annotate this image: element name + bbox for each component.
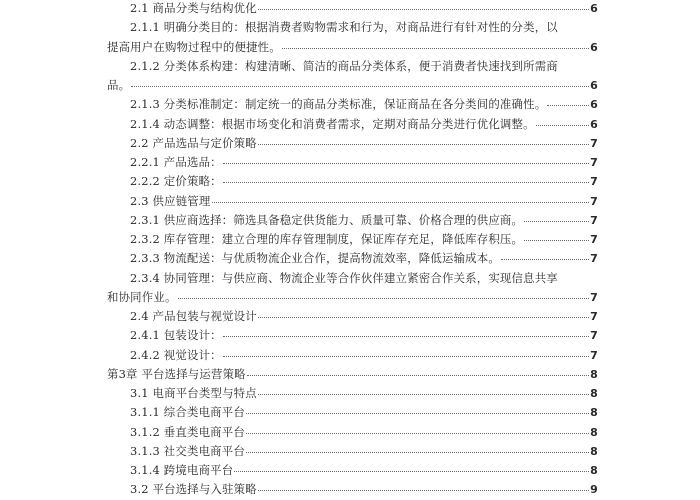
toc-section-entry[interactable]: 2.4 产品包装与视觉设计7 [107, 307, 598, 326]
dot-leader [258, 394, 589, 395]
toc-entry-title: 3.1 电商平台类型与特点 [130, 384, 257, 403]
dot-leader [223, 163, 589, 164]
dot-leader [247, 375, 589, 376]
toc-entry-title: 2.4.2 视觉设计： [130, 346, 222, 365]
toc-entry-title: 2.1.1 明确分类目的：根据消费者购物需求和行为，对商品进行有针对性的分类，以 [130, 18, 598, 37]
dot-leader [501, 259, 589, 260]
toc-entry-title: 2.3.2 库存管理：建立合理的库存管理制度，保证库存充足，降低库存积压。 [130, 230, 523, 249]
toc-section-entry[interactable]: 2.1.3 分类标准制定：制定统一的商品分类标准，保证商品在各分类间的准确性。6 [107, 95, 598, 114]
toc-entry-title: 2.2 产品选品与定价策略 [130, 134, 257, 153]
toc-entry-title: 2.1.2 分类体系构建：构建清晰、简洁的商品分类体系，便于消费者快速找到所需商 [130, 57, 598, 76]
toc-section-entry[interactable]: 2.2 产品选品与定价策略7 [107, 134, 598, 153]
toc-page-number: 7 [590, 153, 598, 172]
toc-entry-title: 2.3.3 物流配送：与优质物流企业合作，提高物流效率，降低运输成本。 [130, 249, 500, 268]
toc-entry-title: 2.1.4 动态调整：根据市场变化和消费者需求，定期对商品分类进行优化调整。 [130, 115, 535, 134]
toc-entry-title: 3.1.3 社交类电商平台 [130, 442, 245, 461]
toc-page-number: 8 [590, 384, 598, 403]
dot-leader [223, 182, 589, 183]
toc-entry-title: 第3章 平台选择与运营策略 [107, 365, 246, 384]
toc-entry-title: 2.3 供应链管理 [130, 192, 211, 211]
toc-entry-title-continued: 提高用户在购物过程中的便捷性。 [107, 38, 281, 57]
document-page: 2.1 商品分类与结构优化62.1.1 明确分类目的：根据消费者购物需求和行为，… [0, 0, 700, 470]
toc-section-entry[interactable]: 2.1.1 明确分类目的：根据消费者购物需求和行为，对商品进行有针对性的分类，以… [107, 18, 598, 57]
toc-entry-title: 3.1.1 综合类电商平台 [130, 403, 245, 422]
toc-entry-title: 3.1.2 垂直类电商平台 [130, 423, 245, 442]
toc-page-number: 8 [590, 423, 598, 442]
toc-entry-title: 2.2.1 产品选品： [130, 153, 222, 172]
toc-section-entry[interactable]: 2.4.2 视觉设计：7 [107, 346, 598, 365]
toc-page-number: 6 [590, 76, 598, 95]
toc-section-entry[interactable]: 2.3 供应链管理7 [107, 192, 598, 211]
toc-section-entry[interactable]: 2.1 商品分类与结构优化6 [107, 0, 598, 18]
toc-page-number: 7 [590, 249, 598, 268]
toc-entry-title: 2.3.4 协同管理：与供应商、物流企业等合作伙伴建立紧密合作关系，实现信息共享 [130, 269, 598, 288]
toc-page-number: 7 [590, 307, 598, 326]
toc-entry-title-continued: 品。 [107, 76, 130, 95]
toc-entry-title: 2.1.3 分类标准制定：制定统一的商品分类标准，保证商品在各分类间的准确性。 [130, 95, 546, 114]
toc-page-number: 6 [590, 95, 598, 114]
toc-section-entry[interactable]: 3.1.1 综合类电商平台8 [107, 403, 598, 422]
toc-page-number: 6 [590, 0, 598, 18]
toc-section-entry[interactable]: 3.1.2 垂直类电商平台8 [107, 423, 598, 442]
dot-leader [246, 433, 589, 434]
toc-section-entry[interactable]: 2.1.2 分类体系构建：构建清晰、简洁的商品分类体系，便于消费者快速找到所需商… [107, 57, 598, 96]
toc-chapter-entry[interactable]: 第3章 平台选择与运营策略8 [107, 365, 598, 384]
toc-page-number: 7 [590, 211, 598, 230]
dot-leader [258, 317, 589, 318]
dot-leader [246, 452, 589, 453]
toc-section-entry[interactable]: 2.3.4 协同管理：与供应商、物流企业等合作伙伴建立紧密合作关系，实现信息共享… [107, 269, 598, 308]
dot-leader [212, 202, 590, 203]
toc-section-entry[interactable]: 2.3.2 库存管理：建立合理的库存管理制度，保证库存充足，降低库存积压。7 [107, 230, 598, 249]
toc-section-entry[interactable]: 2.3.1 供应商选择：筛选具备稳定供货能力、质量可靠、价格合理的供应商。7 [107, 211, 598, 230]
toc-page-number: 7 [590, 172, 598, 191]
toc-entry-title: 2.1 商品分类与结构优化 [130, 0, 257, 18]
dot-leader [223, 336, 589, 337]
toc-section-entry[interactable]: 2.3.3 物流配送：与优质物流企业合作，提高物流效率，降低运输成本。7 [107, 249, 598, 268]
toc-page-number: 8 [590, 365, 598, 384]
toc-page-number: 6 [590, 115, 598, 134]
toc-page-number: 6 [590, 38, 598, 57]
toc-page-number: 8 [590, 461, 598, 470]
toc-section-entry[interactable]: 3.1.4 跨境电商平台8 [107, 461, 598, 470]
dot-leader [524, 240, 589, 241]
toc-page-number: 7 [590, 134, 598, 153]
toc-page-number: 7 [590, 192, 598, 211]
toc-section-entry[interactable]: 2.1.4 动态调整：根据市场变化和消费者需求，定期对商品分类进行优化调整。6 [107, 115, 598, 134]
toc-entry-title: 2.2.2 定价策略： [130, 172, 222, 191]
toc-entry-title: 2.4.1 包装设计： [130, 326, 222, 345]
dot-leader [246, 413, 589, 414]
dot-leader [178, 298, 590, 299]
toc-entry-title: 2.3.1 供应商选择：筛选具备稳定供货能力、质量可靠、价格合理的供应商。 [130, 211, 523, 230]
dot-leader [282, 48, 589, 49]
dot-leader [258, 9, 589, 10]
toc-page-number: 7 [590, 326, 598, 345]
toc-page-number: 7 [590, 346, 598, 365]
toc-section-entry[interactable]: 3.1 电商平台类型与特点8 [107, 384, 598, 403]
table-of-contents: 2.1 商品分类与结构优化62.1.1 明确分类目的：根据消费者购物需求和行为，… [107, 0, 598, 470]
dot-leader [536, 125, 589, 126]
toc-page-number: 7 [590, 288, 598, 307]
dot-leader [223, 356, 589, 357]
toc-entry-title-continued: 和协同作业。 [107, 288, 177, 307]
toc-page-number: 8 [590, 403, 598, 422]
toc-section-entry[interactable]: 2.2.1 产品选品：7 [107, 153, 598, 172]
toc-section-entry[interactable]: 2.4.1 包装设计：7 [107, 326, 598, 345]
toc-page-number: 7 [590, 230, 598, 249]
dot-leader [258, 144, 589, 145]
dot-leader [524, 221, 589, 222]
toc-section-entry[interactable]: 3.1.3 社交类电商平台8 [107, 442, 598, 461]
dot-leader [131, 86, 589, 87]
toc-entry-title: 3.1.4 跨境电商平台 [130, 461, 233, 470]
dot-leader [547, 105, 589, 106]
toc-section-entry[interactable]: 2.2.2 定价策略：7 [107, 172, 598, 191]
toc-page-number: 8 [590, 442, 598, 461]
toc-entry-title: 2.4 产品包装与视觉设计 [130, 307, 257, 326]
